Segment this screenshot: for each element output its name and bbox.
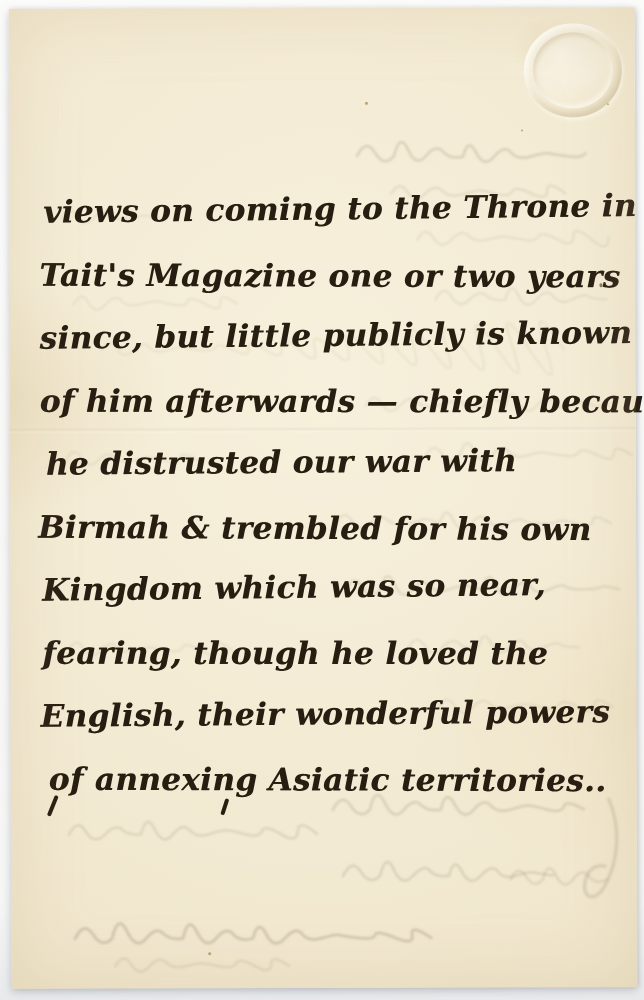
handwritten-line: Kingdom which was so near, [42, 558, 637, 628]
foxing-speck [208, 952, 211, 955]
foxing-speck [607, 103, 609, 105]
handwritten-line: Tait's Magazine one or two years [39, 250, 635, 315]
foxing-speck [521, 129, 523, 131]
handwritten-line: of him afterwards — chiefly because [40, 376, 636, 440]
letter-page: views on coming to the Throne in Tait's … [9, 7, 638, 989]
handwritten-line: views on coming to the Throne in [43, 180, 636, 250]
handwritten-line: of annexing Asiatic territories.. [49, 754, 637, 819]
ink-speck [599, 283, 602, 287]
handwritten-line: English, their wonderful powers [40, 686, 636, 754]
scan-background: views on coming to the Throne in Tait's … [0, 0, 644, 1000]
handwritten-line: since, but little publicly is known [39, 307, 636, 376]
handwritten-line: fearing, though he loved the [42, 628, 636, 692]
handwritten-line: Birmah & trembled for his own [38, 502, 636, 568]
handwritten-line: he distrusted our war with [46, 434, 636, 502]
handwritten-text: views on coming to the Throne in Tait's … [9, 7, 638, 989]
foxing-speck [365, 102, 368, 105]
